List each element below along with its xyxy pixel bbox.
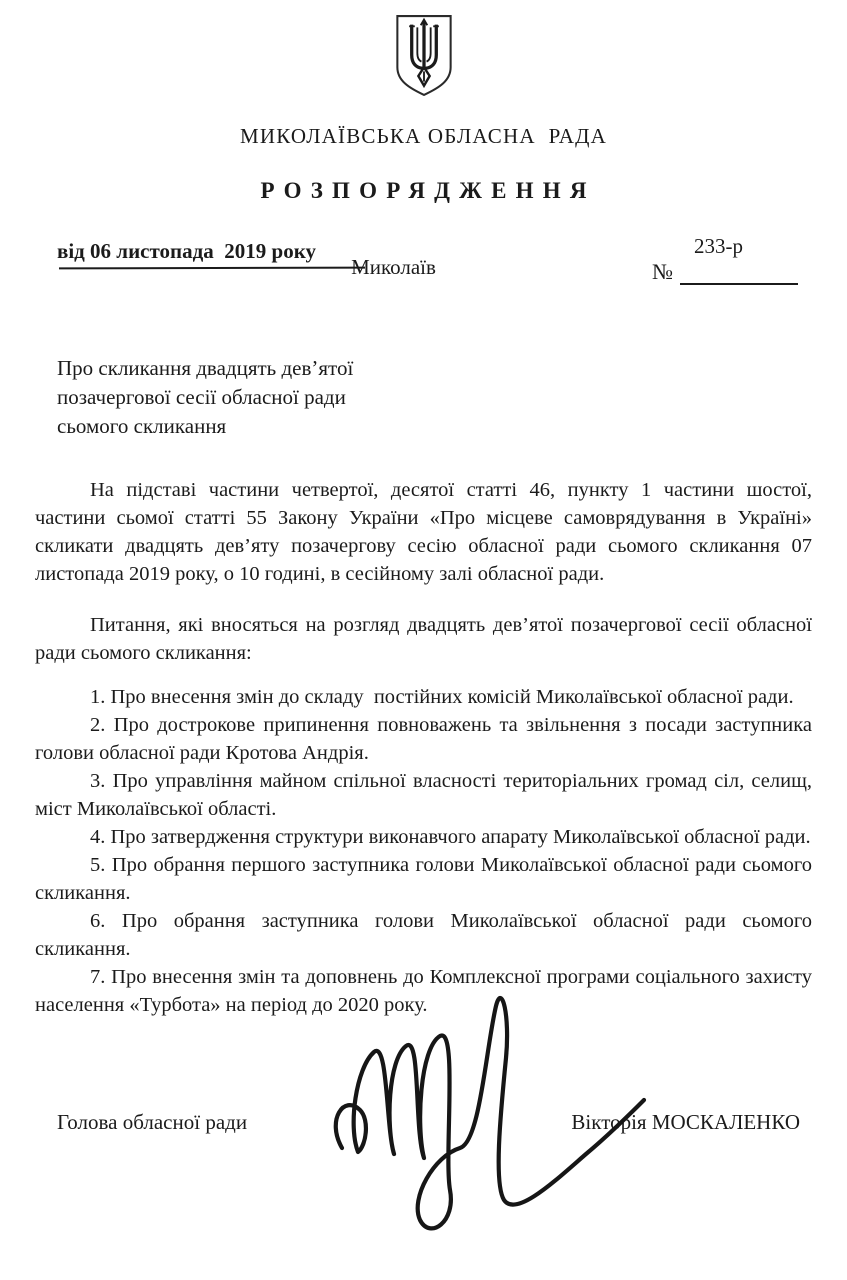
number-sign: № [652,259,673,285]
document-number: 233-р [694,234,743,259]
document-header: МИКОЛАЇВСЬКА ОБЛАСНА РАДА РОЗПОРЯДЖЕННЯ [0,0,847,204]
document-meta-row: від 06 листопада 2019 року Миколаїв № 23… [0,237,847,297]
signer-name: Вікторія МОСКАЛЕНКО [571,1110,800,1135]
signature-row: Голова обласної ради Вікторія МОСКАЛЕНКО [57,1110,800,1135]
agenda-item: 3. Про управління майном спільної власно… [35,767,812,823]
document-type-title: РОЗПОРЯДЖЕННЯ [0,178,847,204]
number-block: № 233-р [652,237,812,289]
agenda-items-list: 1. Про внесення змін до складу постійних… [35,683,812,1019]
agenda-item: 6. Про обрання заступника голови Миколаї… [35,907,812,963]
agenda-item: 1. Про внесення змін до складу постійних… [35,683,812,711]
document-body: На підставі частини четвертої, десятої с… [35,476,812,1019]
agenda-item: 4. Про затвердження структури виконавчог… [35,823,812,851]
agenda-item: 5. Про обрання першого заступника голови… [35,851,812,907]
document-subject: Про скликання двадцять дев’ятої позачерг… [57,354,487,441]
scanned-decree-document: МИКОЛАЇВСЬКА ОБЛАСНА РАДА РОЗПОРЯДЖЕННЯ … [0,0,847,1280]
signer-position-title: Голова обласної ради [57,1110,247,1135]
organization-name: МИКОЛАЇВСЬКА ОБЛАСНА РАДА [0,124,847,149]
number-underline [680,283,798,285]
ukraine-trident-emblem-icon [393,14,455,98]
emblem-container [0,0,847,98]
agenda-item: 2. Про дострокове припинення повноважень… [35,711,812,767]
body-paragraph: На підставі частини четвертої, десятої с… [35,476,812,588]
body-paragraph: Питання, які вносяться на розгляд двадця… [35,611,812,667]
agenda-item: 7. Про внесення змін та доповнень до Ком… [35,963,812,1019]
